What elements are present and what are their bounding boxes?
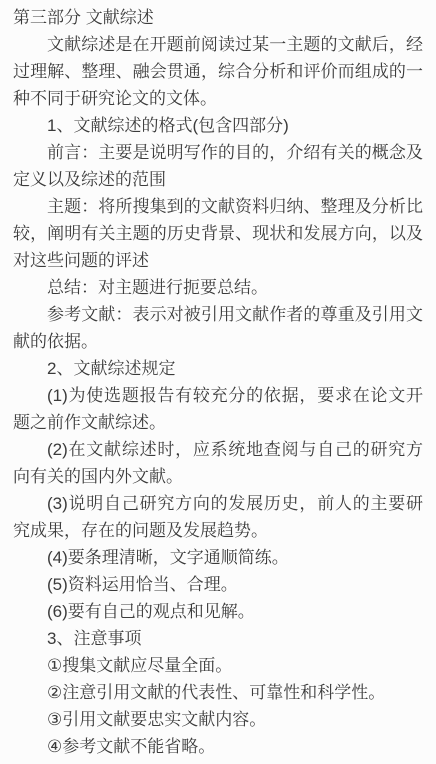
format-summary-paragraph: 总结：对主题进行扼要总结。: [13, 274, 423, 301]
note-item-1: ①搜集文献应尽量全面。: [13, 652, 423, 679]
rule-item-5: (5)资料运用恰当、合理。: [13, 571, 423, 598]
rule-item-3: (3)说明自己研究方向的发展历史，前人的主要研究成果，存在的问题及发展趋势。: [13, 490, 423, 544]
format-theme-paragraph: 主题：将所搜集到的文献资料归纳、整理及分析比较，阐明有关主题的历史背景、现状和发…: [13, 193, 423, 274]
section-3-heading: 3、注意事项: [13, 625, 423, 652]
rule-item-4: (4)要条理清晰，文字通顺简练。: [13, 544, 423, 571]
rule-item-6: (6)要有自己的观点和见解。: [13, 598, 423, 625]
note-item-3: ③引用文献要忠实文献内容。: [13, 706, 423, 733]
section-1-heading: 1、文献综述的格式(包含四部分): [13, 112, 423, 139]
intro-paragraph: 文献综述是在开题前阅读过某一主题的文献后，经过理解、整理、融会贯通，综合分析和评…: [13, 31, 423, 112]
document-page: 第三部分 文献综述 文献综述是在开题前阅读过某一主题的文献后，经过理解、整理、融…: [0, 0, 436, 764]
format-references-paragraph: 参考文献：表示对被引用文献作者的尊重及引用文献的依据。: [13, 301, 423, 355]
note-item-2: ②注意引用文献的代表性、可靠性和科学性。: [13, 679, 423, 706]
format-preface-paragraph: 前言：主要是说明写作的目的，介绍有关的概念及定义以及综述的范围: [13, 139, 423, 193]
rule-item-2: (2)在文献综述时，应系统地查阅与自己的研究方向有关的国内外文献。: [13, 436, 423, 490]
note-item-4: ④参考文献不能省略。: [13, 733, 423, 760]
page-title: 第三部分 文献综述: [13, 4, 423, 31]
rule-item-1: (1)为使选题报告有较充分的依据，要求在论文开题之前作文献综述。: [13, 382, 423, 436]
section-2-heading: 2、文献综述规定: [13, 355, 423, 382]
